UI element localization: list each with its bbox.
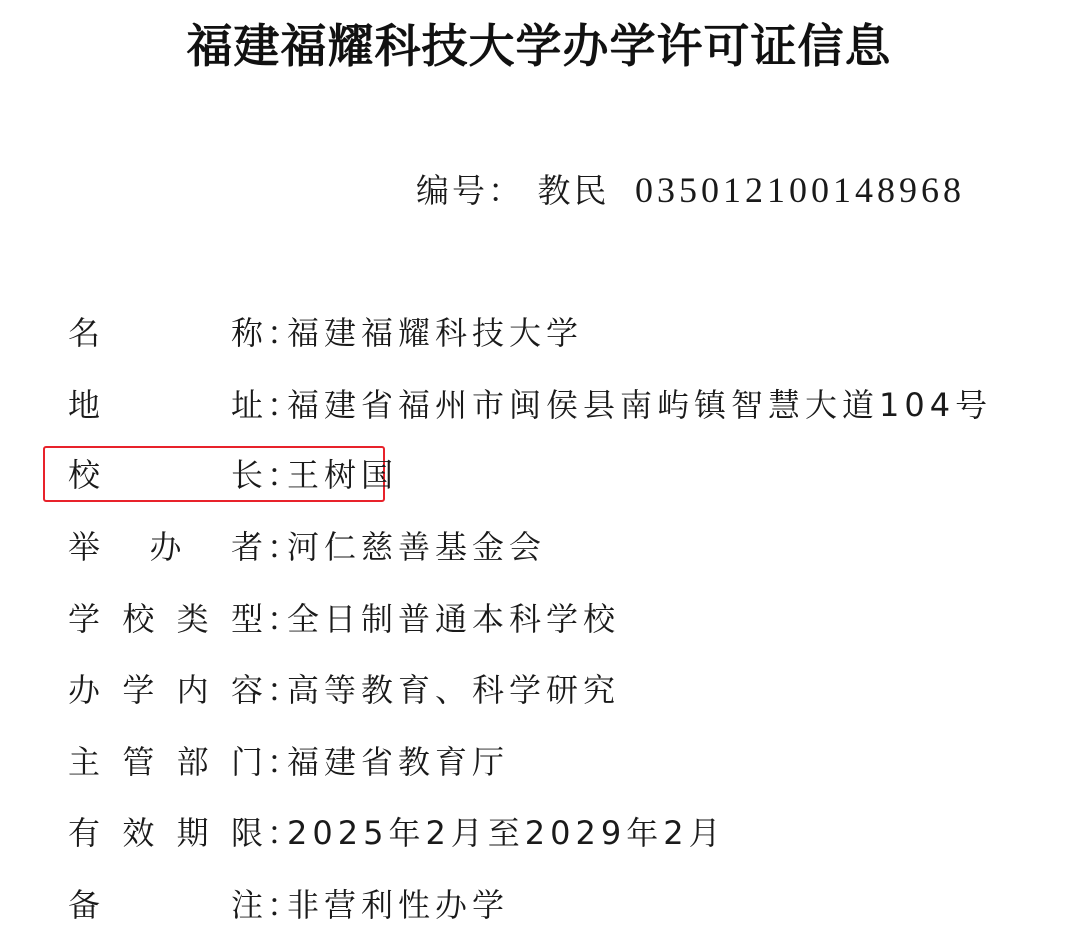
field-value-scope: 高等教育、科学研究 [287,665,620,715]
field-validity: 有 效 期 限 ： 2025年2月至2029年2月 [68,808,726,858]
label-char: 型 [231,594,263,644]
field-colon: ： [267,308,287,358]
label-char: 者 [231,522,263,572]
field-colon: ： [267,522,287,572]
label-char: 管 [122,737,154,787]
field-label: 校 长 [68,450,263,500]
label-char: 学 [122,665,154,715]
field-president: 校 长 ： 王树国 [68,450,398,500]
field-label: 举 办 者 [68,522,263,572]
field-value-name: 福建福耀科技大学 [287,308,583,358]
label-char: 校 [68,450,100,500]
label-char: 称 [231,308,263,358]
label-char: 类 [177,594,209,644]
label-char: 部 [177,737,209,787]
field-colon: ： [267,737,287,787]
field-label: 主 管 部 门 [68,737,263,787]
field-colon: ： [267,665,287,715]
field-label: 备 注 [68,880,263,930]
license-number-label: 编号： [416,171,524,210]
label-char: 主 [68,737,100,787]
field-value-sponsor: 河仁慈善基金会 [287,522,546,572]
label-char: 备 [68,880,100,930]
field-value-authority: 福建省教育厅 [287,737,509,787]
license-number-prefix: 教民 [538,171,610,210]
label-char: 限 [231,808,263,858]
field-label: 学 校 类 型 [68,594,263,644]
license-number-line: 编号： 教民 035012100148968 [416,166,965,215]
field-value-remarks: 非营利性办学 [287,880,509,930]
field-value-president: 王树国 [287,450,398,500]
field-value-school-type: 全日制普通本科学校 [287,594,620,644]
label-char: 长 [231,450,263,500]
field-colon: ： [267,380,287,430]
label-char: 门 [231,737,263,787]
license-number-value: 035012100148968 [635,170,965,210]
field-label: 有 效 期 限 [68,808,263,858]
document-title: 福建福耀科技大学办学许可证信息 [0,14,1078,78]
field-name: 名 称 ： 福建福耀科技大学 [68,308,583,358]
label-char: 名 [68,308,100,358]
label-char: 办 [149,522,181,572]
label-char: 期 [177,808,209,858]
label-char: 举 [68,522,100,572]
label-char: 学 [68,594,100,644]
field-colon: ： [267,880,287,930]
field-colon: ： [267,594,287,644]
label-char: 办 [68,665,100,715]
field-sponsor: 举 办 者 ： 河仁慈善基金会 [68,522,546,572]
field-colon: ： [267,808,287,858]
label-char: 地 [68,380,100,430]
label-char: 注 [231,880,263,930]
label-char: 容 [231,665,263,715]
field-label: 地 址 [68,380,263,430]
field-authority: 主 管 部 门 ： 福建省教育厅 [68,737,509,787]
field-value-validity: 2025年2月至2029年2月 [287,808,726,858]
label-char: 校 [122,594,154,644]
field-address: 地 址 ： 福建省福州市闽侯县南屿镇智慧大道104号 [68,380,992,430]
field-school-type: 学 校 类 型 ： 全日制普通本科学校 [68,594,620,644]
field-scope: 办 学 内 容 ： 高等教育、科学研究 [68,665,620,715]
field-remarks: 备 注 ： 非营利性办学 [68,880,509,930]
label-char: 址 [231,380,263,430]
label-char: 效 [122,808,154,858]
label-char: 有 [68,808,100,858]
field-label: 名 称 [68,308,263,358]
label-char: 内 [177,665,209,715]
field-colon: ： [267,450,287,500]
field-label: 办 学 内 容 [68,665,263,715]
field-value-address: 福建省福州市闽侯县南屿镇智慧大道104号 [287,380,992,430]
